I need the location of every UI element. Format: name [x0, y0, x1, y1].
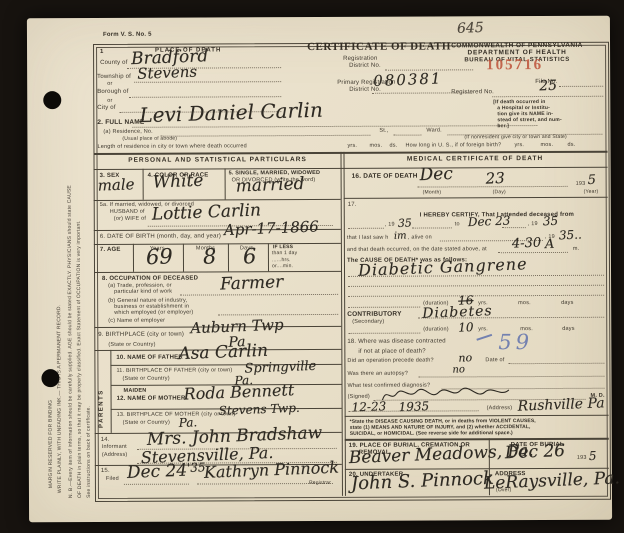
last-saw-him: im	[394, 231, 407, 241]
or-label-2: or	[107, 99, 112, 105]
operation-question: Did an operation precede death?	[347, 359, 433, 365]
operation-answer: no	[458, 352, 472, 364]
spouse-label-3: (or) WIFE of	[114, 217, 146, 223]
certify-from-year: 35	[398, 217, 412, 229]
month-caption: (Month)	[423, 190, 442, 195]
street-label: St.,	[379, 129, 388, 135]
burial-year-written: 5	[589, 450, 597, 462]
township-value: Stevens	[137, 64, 197, 81]
certify-to: to	[455, 222, 460, 228]
footnote-3: SUICIDAL, or HOMICIDAL. (See reverse sid…	[350, 431, 513, 437]
dob-label: 6. DATE OF BIRTH (month, day, and year)	[100, 233, 221, 240]
last-saw-pre: that I last saw h	[347, 236, 389, 242]
contributory-label: CONTRIBUTORY	[347, 312, 401, 319]
duration-days: days	[561, 301, 573, 307]
autopsy-question: Was there an autopsy?	[347, 372, 408, 378]
registration-district-label1: Registration	[343, 56, 377, 62]
file-no-line	[559, 86, 603, 87]
certify-dots-1	[348, 228, 384, 229]
age-div-4	[268, 243, 269, 271]
sex-race-divider	[143, 169, 144, 200]
if-less-2: than 1 day	[272, 251, 297, 256]
blue-pencil-note: 59	[498, 330, 533, 354]
signature-year: 1935	[398, 400, 429, 413]
occupation-c: (c) Name of employer	[108, 319, 165, 325]
duration2-days: days	[562, 327, 574, 333]
maiden-label: MAIDEN	[124, 389, 147, 395]
burial-date-value: Dec 26	[504, 443, 565, 462]
duration-mos: mos.	[518, 301, 531, 307]
race-value: White	[152, 173, 203, 192]
spouse-label-2: HUSBAND of	[110, 210, 145, 216]
death-year-written: 5	[587, 174, 596, 187]
father-birthplace-state-label: (State or Country)	[122, 377, 169, 383]
age-years-value: 69	[146, 246, 174, 268]
punch-hole-bottom	[41, 369, 59, 387]
death-month-value: Dec	[419, 166, 453, 184]
occupation-a2: particular kind of work	[114, 290, 172, 296]
death-m-label: m.	[573, 247, 580, 253]
birthplace-state-label: (State or Country)	[108, 343, 155, 349]
age-div-1	[133, 244, 134, 272]
ward-label: Ward.	[426, 128, 441, 134]
burial-year-printed: 193	[577, 456, 587, 462]
personal-section-title: PERSONAL AND STATISTICAL PARTICULARS	[103, 157, 333, 165]
medical-section-title: MEDICAL CERTIFICATE OF DEATH	[358, 156, 593, 164]
item1-number: 1	[100, 49, 104, 55]
length-residence-label: Length of residence in city or town wher…	[97, 144, 246, 150]
father-value: Asa Carlin	[178, 343, 268, 364]
file-number-stamp: 105716	[486, 57, 543, 74]
certify-19b: , 19	[528, 222, 538, 228]
certify-to-date: Dec 23	[468, 214, 511, 228]
duration2-yrs: yrs.	[478, 327, 488, 333]
race-marital-divider	[225, 168, 226, 199]
year-caption: (Year)	[584, 190, 599, 195]
filed-date-value: Dec 24	[127, 463, 188, 482]
contracted-q1: 18. Where was disease contracted	[347, 338, 445, 344]
birthplace-label: 9. BIRTHPLACE (city or town)	[98, 332, 184, 338]
township-label: Township of	[97, 74, 131, 80]
secondary-label: (Secondary)	[352, 320, 384, 326]
parents-label: PARENTS	[98, 368, 104, 428]
last-saw-post: , alive on	[408, 236, 432, 242]
item17-number: 17.	[348, 202, 357, 208]
date-of-death-label: 16. DATE OF DEATH	[352, 174, 418, 181]
duration2-label: (duration)	[423, 327, 449, 333]
date-of-label: Date of	[485, 358, 504, 364]
death-year-printed: 193	[576, 182, 586, 188]
certify-dots-2	[412, 227, 452, 228]
informant-label: Informant	[102, 445, 127, 451]
punch-hole-top	[43, 91, 61, 109]
day-caption: (Day)	[493, 190, 506, 195]
length-mos: mos.	[369, 144, 382, 150]
informant-address-label: (Address)	[102, 453, 128, 459]
certify-dots-3	[502, 227, 526, 228]
father-birthplace-label: 11. BIRTHPLACE OF FATHER (city or town)	[116, 368, 232, 374]
mother-birthplace-state-label: (State or Country)	[123, 421, 170, 427]
filed-label: Filed	[106, 477, 119, 483]
occupation-value: Farmer	[220, 274, 284, 293]
full-name-value: Levi Daniel Carlin	[139, 100, 323, 126]
full-name-label: 2. FULL NAME	[97, 120, 144, 127]
nonresident-note: (If nonresident give city or town and St…	[464, 135, 566, 140]
father-label: 10. NAME OF FATHER	[116, 355, 183, 361]
if-less-4: or....min.	[272, 264, 293, 269]
physician-address: Rushville Pa	[517, 396, 604, 413]
margin-note-permanent-record: WRITE PLAINLY, WITH UNFADING INK.— THIS …	[56, 63, 67, 493]
informant-number: 14.	[101, 437, 110, 443]
age-div-2	[183, 244, 184, 272]
mother-value: Roda Bennett	[183, 382, 294, 402]
last-saw-year: 35..	[559, 228, 582, 241]
length-ds: ds.	[389, 144, 397, 150]
us-ds: ds.	[567, 143, 575, 149]
mother-label: 12. NAME OF MOTHER	[117, 396, 186, 402]
residence-label: (a) Residence, No.	[103, 130, 152, 136]
us-length-label: How long in U. S., if of foreign birth?	[405, 143, 501, 149]
occupation-b3: which employed (or employer)	[114, 311, 193, 317]
us-mos: mos.	[540, 143, 553, 149]
age-days-value: 6	[243, 246, 257, 268]
death-occurred-line: and that death occurred, on the date sta…	[347, 247, 487, 253]
certificate-paper: MARGIN RESERVED FOR BINDING WRITE PLAINL…	[27, 16, 612, 523]
death-time-value: 4-30	[512, 237, 542, 251]
contrib-duration-value: 10	[458, 321, 474, 334]
registration-district-label2: District No.	[349, 63, 381, 69]
length-yrs: yrs.	[347, 144, 357, 150]
scan-background: { "h": { "form_no": "Form V. S. No. 5", …	[0, 0, 624, 533]
death-ampm-value: A	[545, 238, 555, 251]
age-label: 7. AGE	[100, 247, 121, 253]
borough-label: Borough of	[97, 89, 128, 95]
us-yrs: yrs.	[514, 143, 524, 149]
county-label: County of	[100, 60, 128, 66]
contracted-q2: if not at place of death?	[358, 349, 425, 355]
dob-value: Apr-17-1866	[224, 219, 320, 238]
pencil-annotation-645: 645	[457, 21, 484, 36]
mother-birthplace-city: Stevens Twp.	[218, 402, 299, 417]
age-months-value: 8	[203, 246, 217, 268]
or-label-1: or	[107, 82, 112, 88]
street-line	[393, 135, 421, 136]
over-label: (Over)	[496, 488, 511, 493]
autopsy-answer: no	[452, 365, 465, 375]
registered-no-label: Registered No.	[451, 89, 494, 95]
primary-registration-value: 080381	[373, 71, 443, 89]
occupation-label: 8. OCCUPATION OF DECEASED	[102, 276, 198, 282]
registered-no-value: 25	[539, 79, 557, 94]
death-day-value: 23	[485, 171, 505, 187]
form-number: Form V. S. No. 5	[103, 32, 152, 38]
registrar-label: Registrar	[309, 481, 331, 486]
sex-value: male	[97, 177, 134, 193]
father-birthplace-city: Springville	[244, 360, 316, 376]
marital-value: married	[235, 176, 305, 196]
address-label: (Address)	[487, 406, 513, 412]
city-label: City of	[97, 105, 115, 111]
filed-number: 15.	[101, 468, 110, 474]
contributory-value: Diabetes	[422, 304, 493, 321]
certify-to-year: 35	[543, 215, 559, 228]
abode-note: (Usual place of abode)	[122, 137, 177, 142]
certify-19a: , 19	[385, 223, 395, 229]
age-div-3	[228, 243, 229, 271]
